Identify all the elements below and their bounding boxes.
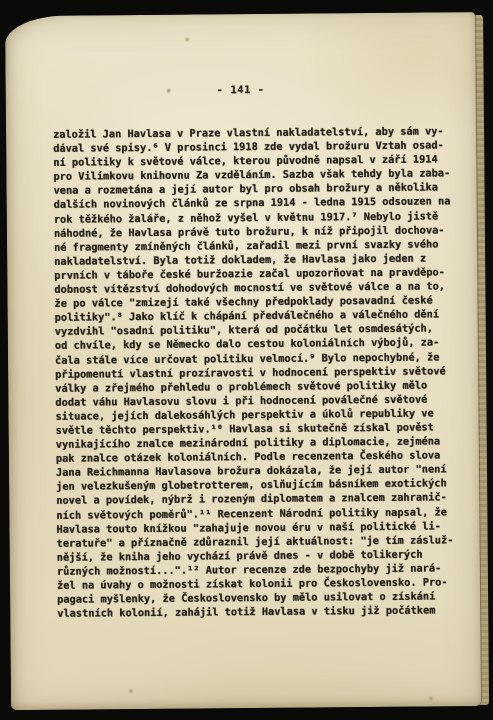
body-text: založil Jan Havlasa v Praze vlastní nakl… <box>53 124 463 621</box>
scanned-book-photo: { "colors": { "background": "#0a0a08", "… <box>0 0 493 720</box>
book-page: - 141 - založil Jan Havlasa v Praze vlas… <box>5 12 489 710</box>
page-surface: - 141 - založil Jan Havlasa v Praze vlas… <box>5 12 481 710</box>
page-number: - 141 - <box>6 82 476 98</box>
text-line: vlastních kolonií, zahájil totiž Havlasa… <box>57 603 463 621</box>
